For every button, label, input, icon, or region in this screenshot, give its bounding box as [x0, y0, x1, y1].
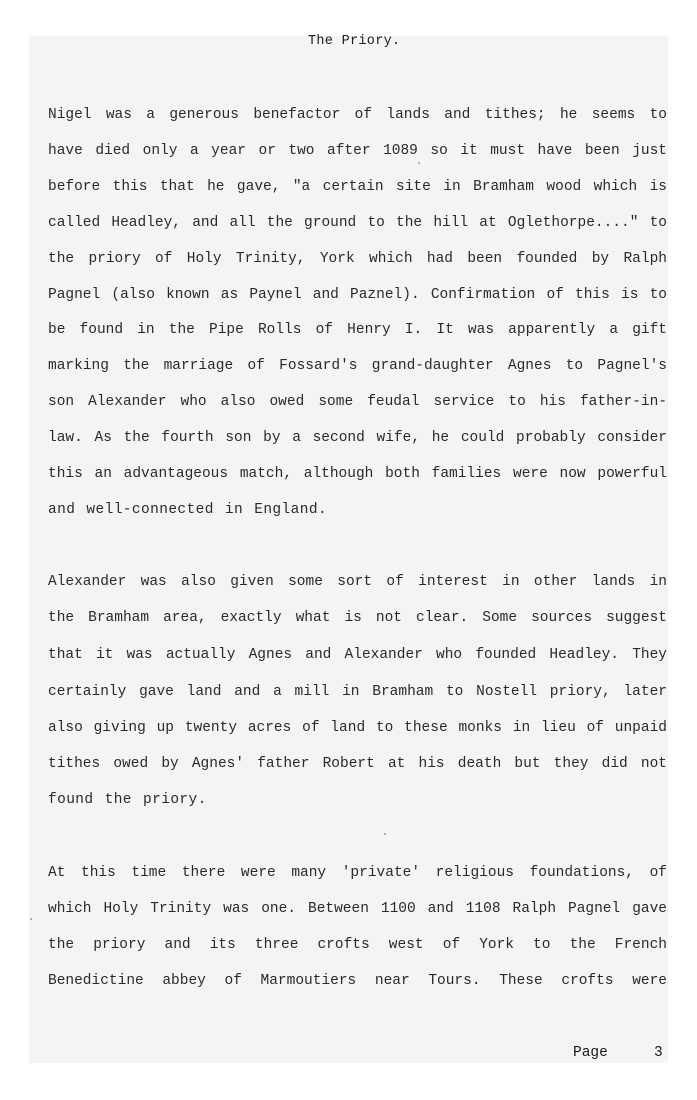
- text-line: certainlygavelandandamillinBramhamtoNost…: [48, 683, 667, 701]
- text-line: whichHolyTrinitywasone.Between1100and110…: [48, 900, 667, 918]
- text-line: theprioryanditsthreecroftswestofYorktoth…: [48, 936, 667, 954]
- text-line: beforethisthathegave,"acertainsiteinBram…: [48, 178, 667, 196]
- text-line: Pagnel(alsoknownasPaynelandPaznel).Confi…: [48, 286, 667, 304]
- text-line: Alexanderwasalsogivensomesortofinteresti…: [48, 573, 667, 591]
- text-line: sonAlexanderwhoalsoowedsomefeudalservice…: [48, 393, 667, 411]
- text-line: and well-connected in England.: [48, 501, 667, 519]
- text-line: thatitwasactuallyAgnesandAlexanderwhofou…: [48, 646, 667, 664]
- text-line: Nigelwasagenerousbenefactoroflandsandtit…: [48, 106, 667, 124]
- scan-speck: [384, 833, 386, 835]
- text-line: havediedonlyayearortwoafter1089soitmusth…: [48, 142, 667, 160]
- scan-speck: [418, 162, 420, 164]
- document-title: The Priory.: [308, 34, 400, 49]
- scan-speck: [30, 918, 32, 920]
- scan-speck: [196, 874, 198, 876]
- page-footer-label: Page: [573, 1045, 608, 1061]
- text-line: theBramhamarea,exactlywhatisnotclear.Som…: [48, 609, 667, 627]
- text-line: thisanadvantageousmatch,althoughbothfami…: [48, 465, 667, 483]
- page-number: 3: [654, 1045, 663, 1061]
- text-line: calledHeadley,andallthegroundtothehillat…: [48, 214, 667, 232]
- text-line: alsogivinguptwentyacresoflandtothesemonk…: [48, 719, 667, 737]
- text-line: markingthemarriageofFossard'sgrand-daugh…: [48, 357, 667, 375]
- text-line: Atthistimethereweremany'private'religiou…: [48, 864, 667, 882]
- text-line: found the priory.: [48, 791, 667, 809]
- text-line: law.Asthefourthsonbyasecondwife,hecouldp…: [48, 429, 667, 447]
- text-line: befoundinthePipeRollsofHenryI.Itwasappar…: [48, 321, 667, 339]
- text-line: theprioryofHolyTrinity,Yorkwhichhadbeenf…: [48, 250, 667, 268]
- text-line: tithesowedbyAgnes'fatherRobertathisdeath…: [48, 755, 667, 773]
- text-line: BenedictineabbeyofMarmoutiersnearTours.T…: [48, 972, 667, 990]
